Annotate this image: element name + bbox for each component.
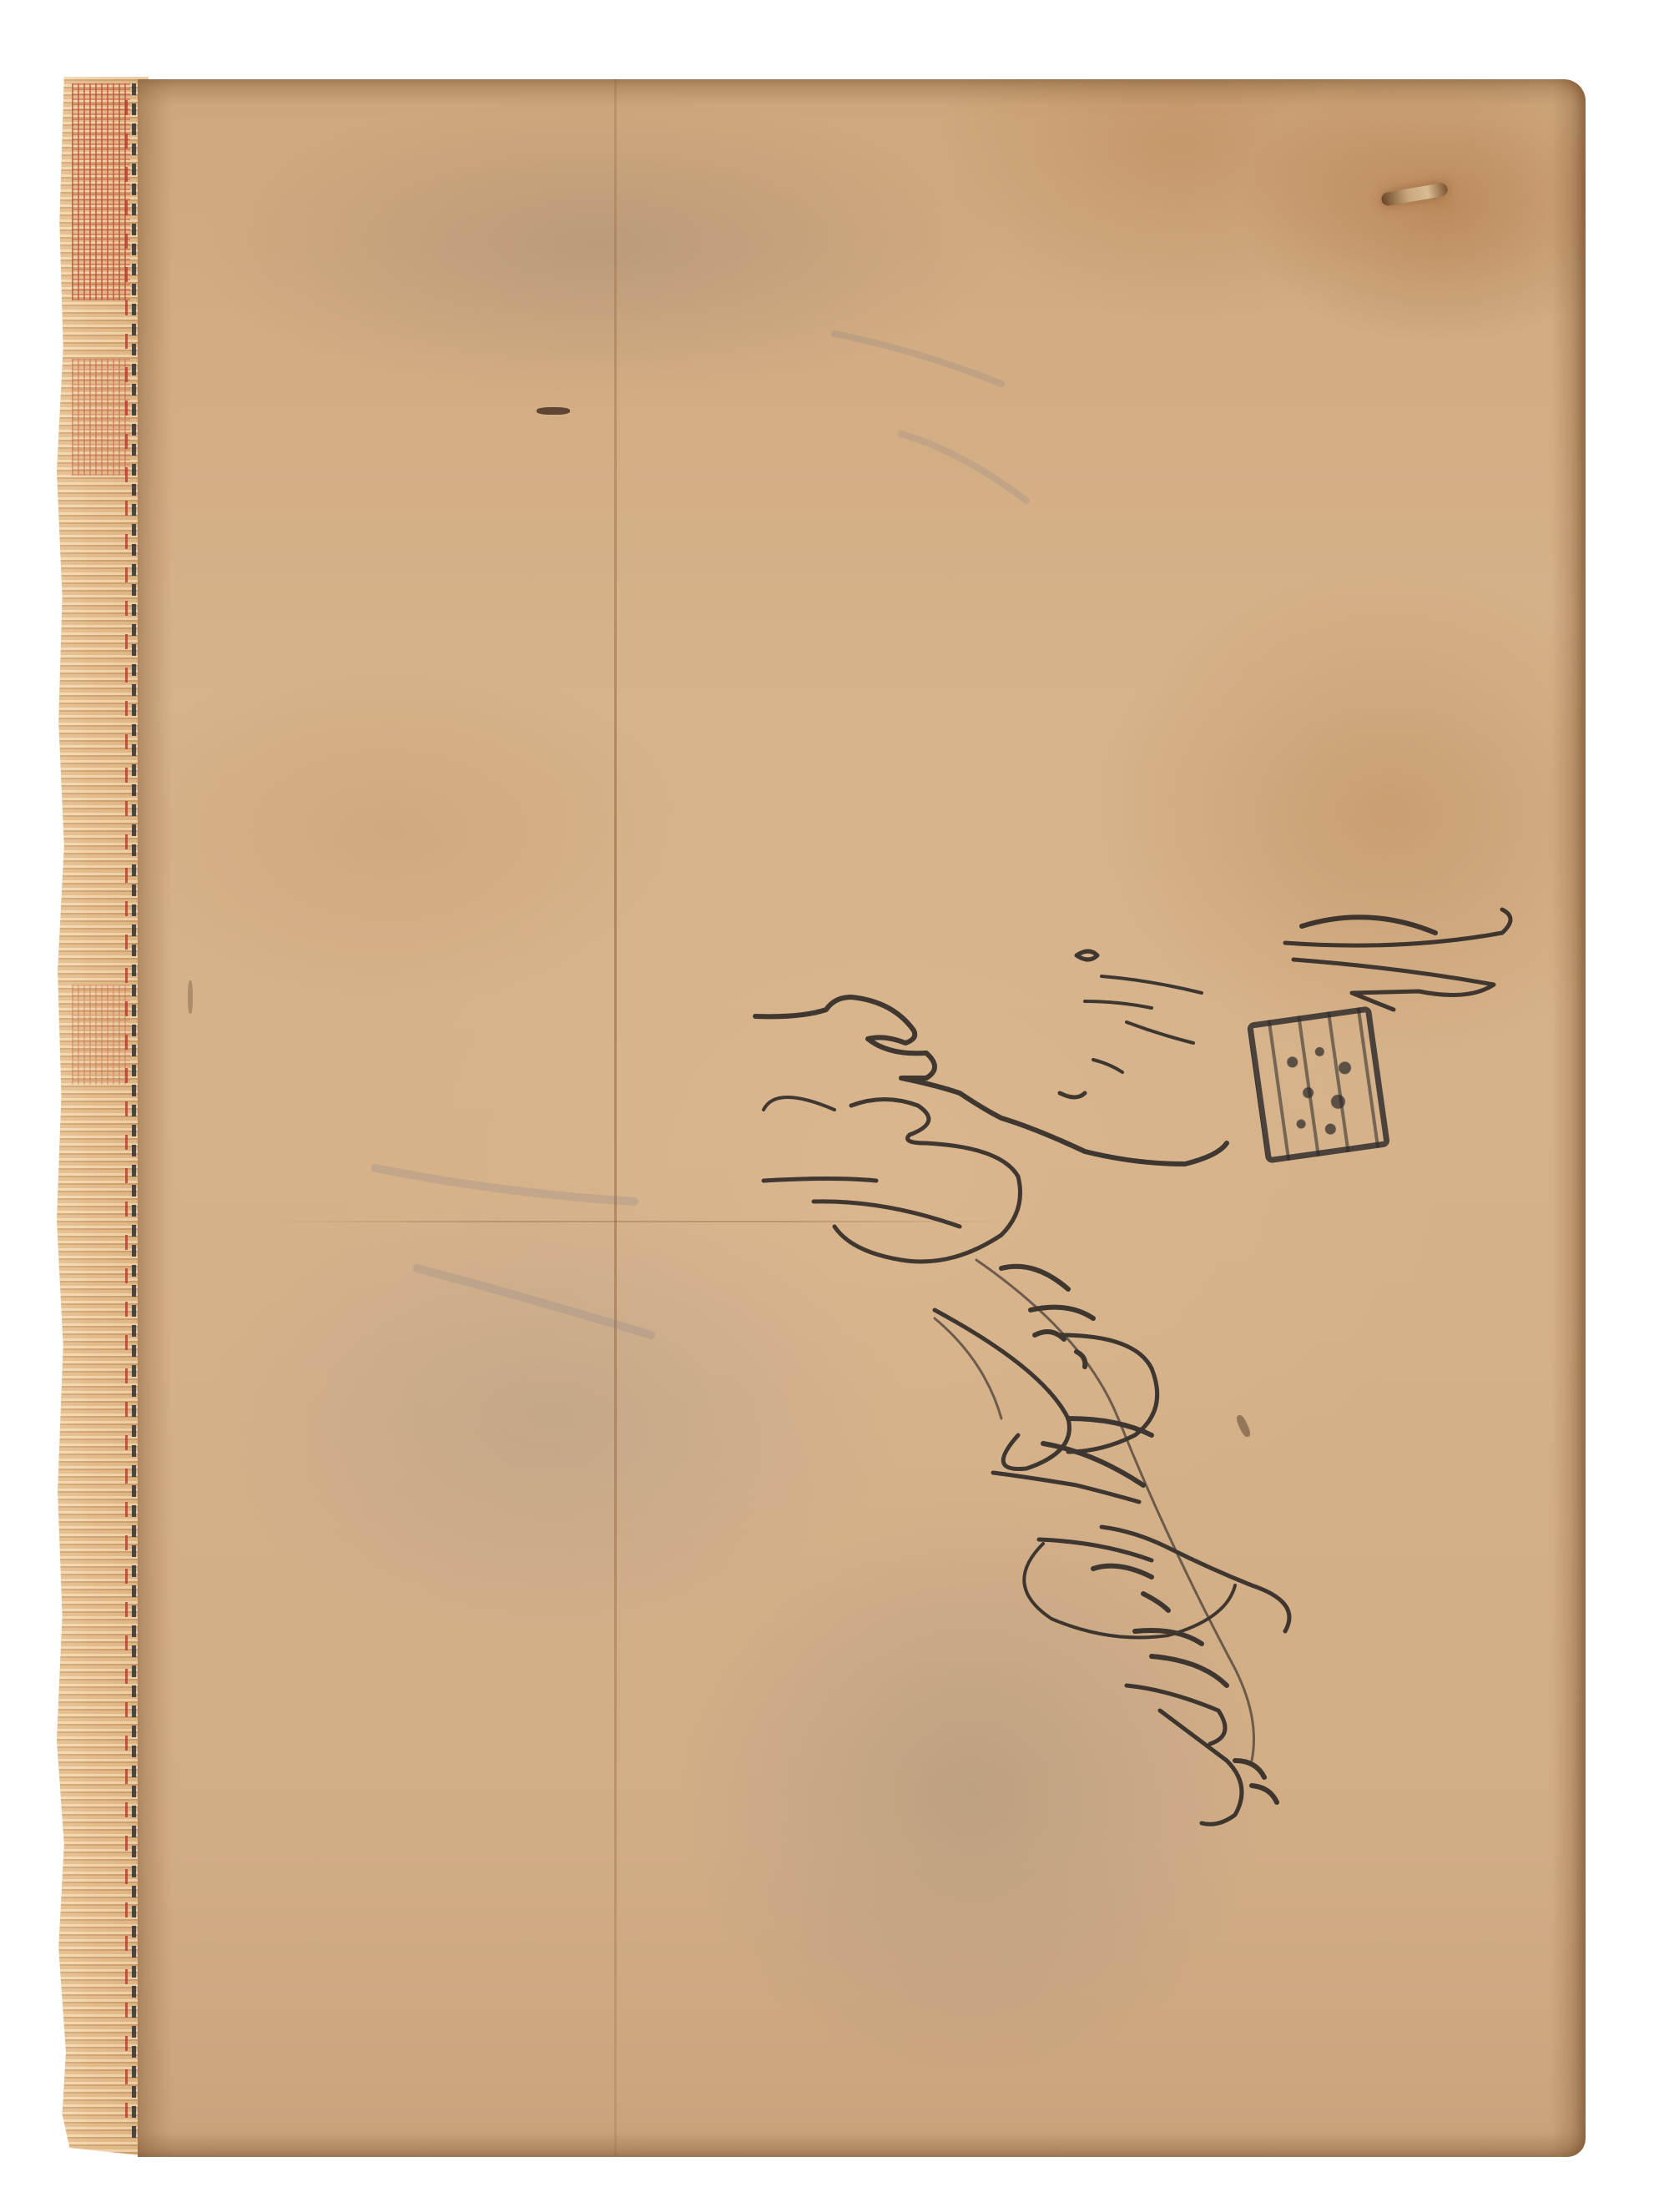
photograph-scene: Back cover / flyleaf of a hand-bound man… bbox=[0, 0, 1669, 2212]
paper-fiber-mark bbox=[1235, 1413, 1253, 1439]
spine-red-weave-middle bbox=[72, 985, 130, 1085]
spine-red-weave-top bbox=[72, 83, 130, 300]
paper-fiber-mark bbox=[188, 980, 193, 1014]
spine-red-weave-upper bbox=[72, 359, 130, 476]
vertical-fold-crease bbox=[614, 79, 617, 2157]
spine-red-thread bbox=[125, 100, 128, 2136]
horizontal-fold-crease bbox=[263, 1221, 1014, 1222]
ink-seal-stamp bbox=[1247, 1005, 1390, 1163]
worm-hole-damage bbox=[1380, 182, 1449, 207]
spine-stitch-line bbox=[132, 83, 136, 2144]
embedded-fiber-speck bbox=[537, 407, 570, 415]
